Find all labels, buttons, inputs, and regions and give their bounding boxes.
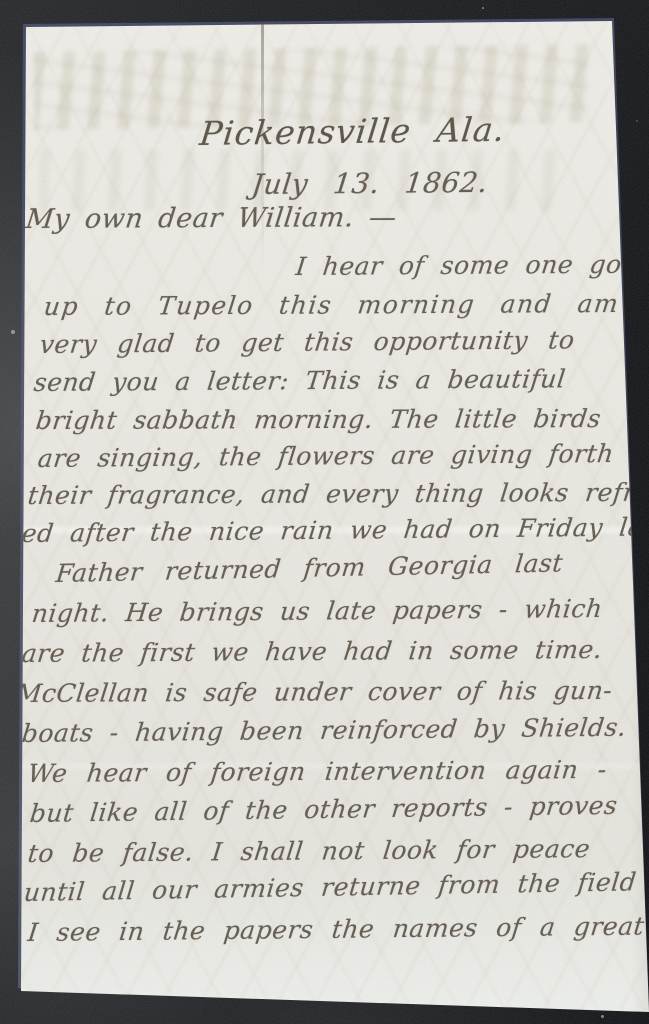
letter-date-line: July 13. 1862. bbox=[250, 166, 490, 201]
letter-body-line: very glad to get this opportunity to bbox=[38, 325, 576, 359]
letter-body-line: We hear of foreign intervention again - bbox=[26, 755, 608, 788]
letter-body-line: send you a letter: This is a beautiful bbox=[32, 364, 567, 397]
letter-body-line: are the first we have had in some time. bbox=[20, 635, 604, 668]
letter-body-line: their fragrance, and every thing looks r… bbox=[26, 478, 649, 510]
letter-body-line: night. He brings us late papers - which bbox=[30, 594, 604, 628]
dust-speck bbox=[482, 7, 484, 9]
dust-speck bbox=[11, 330, 15, 334]
letter-salutation: My own dear William. — bbox=[24, 202, 398, 235]
photograph-of-handwritten-letter: Pickensville Ala. July 13. 1862. My own … bbox=[0, 0, 649, 1024]
letter-body-line: to be false. I shall not look for peace bbox=[26, 834, 591, 868]
letter-body-line: McClellan is safe under cover of his gun… bbox=[14, 676, 614, 708]
letter-body-line: I hear of some one going bbox=[294, 249, 649, 281]
letter-paper: Pickensville Ala. July 13. 1862. My own … bbox=[0, 0, 649, 1024]
letter-body-line: are singing, the flowers are giving fort… bbox=[36, 439, 615, 473]
dust-speck bbox=[636, 120, 638, 122]
dust-speck bbox=[601, 1015, 604, 1018]
letter-body-line: bright sabbath morning. The little birds bbox=[34, 404, 602, 435]
letter-body-line: up to Tupelo this morning and am bbox=[42, 289, 621, 321]
letter-place-line: Pickensville Ala. bbox=[198, 110, 508, 153]
